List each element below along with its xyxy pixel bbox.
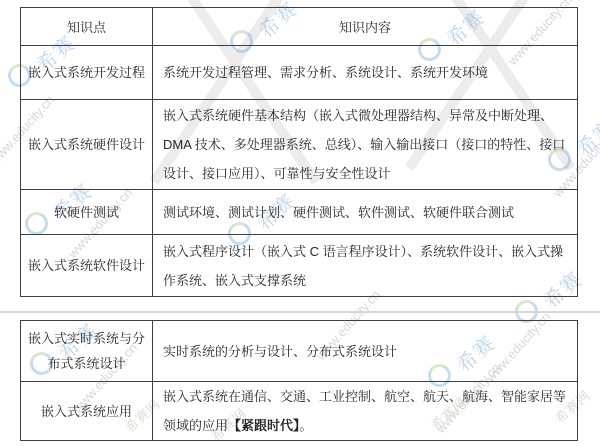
knowledge-point-cell: 嵌入式系统应用 — [21, 382, 153, 441]
highlighted-note: 【紧跟时代】 — [228, 418, 300, 433]
content-text: 。 — [300, 418, 313, 433]
knowledge-table-1: 知识点 知识内容 嵌入式系统开发过程 系统开发过程管理、需求分析、系统设计、系统… — [20, 7, 578, 297]
knowledge-content-cell: 实时系统的分析与设计、分布式系统设计 — [153, 321, 578, 382]
content-layer: 知识点 知识内容 嵌入式系统开发过程 系统开发过程管理、需求分析、系统设计、系统… — [0, 0, 600, 446]
col-header-knowledge-point: 知识点 — [21, 8, 153, 46]
knowledge-point-cell: 软硬件测试 — [21, 190, 153, 235]
table-row: 软硬件测试 测试环境、测试计划、硬件测试、软件测试、软硬件联合测试 — [21, 190, 578, 235]
knowledge-content-cell: 系统开发过程管理、需求分析、系统设计、系统开发环境 — [153, 46, 578, 100]
worksheet-page: 希赛希赛希赛希赛希赛希赛希赛希赛希赛www.educity.cnwww.educ… — [0, 0, 600, 446]
knowledge-content-cell: 测试环境、测试计划、硬件测试、软件测试、软硬件联合测试 — [153, 190, 578, 235]
content-text: 嵌入式系统在通信、交通、工业控制、航空、航天、航海、智能家居等领域的应用 — [163, 389, 566, 433]
knowledge-content-cell: 嵌入式系统硬件基本结构（嵌入式微处理器结构、异常及中断处理、DMA 技术、多处理… — [153, 100, 578, 190]
knowledge-table-2: 嵌入式实时系统与分布式系统设计 实时系统的分析与设计、分布式系统设计 嵌入式系统… — [20, 320, 578, 441]
knowledge-content-cell: 嵌入式系统在通信、交通、工业控制、航空、航天、航海、智能家居等领域的应用【紧跟时… — [153, 382, 578, 441]
knowledge-point-cell: 嵌入式系统开发过程 — [21, 46, 153, 100]
header-row: 知识点 知识内容 — [21, 8, 578, 46]
table-row: 嵌入式系统软件设计 嵌入式程序设计（嵌入式 C 语言程序设计）、系统软件设计、嵌… — [21, 235, 578, 297]
knowledge-content-cell: 嵌入式程序设计（嵌入式 C 语言程序设计）、系统软件设计、嵌入式操作系统、嵌入式… — [153, 235, 578, 297]
knowledge-point-cell: 嵌入式系统软件设计 — [21, 235, 153, 297]
col-header-knowledge-content: 知识内容 — [153, 8, 578, 46]
knowledge-point-cell: 嵌入式实时系统与分布式系统设计 — [21, 321, 153, 382]
table-row: 嵌入式系统开发过程 系统开发过程管理、需求分析、系统设计、系统开发环境 — [21, 46, 578, 100]
table-row: 嵌入式系统硬件设计 嵌入式系统硬件基本结构（嵌入式微处理器结构、异常及中断处理、… — [21, 100, 578, 190]
table-separator-line — [0, 311, 600, 313]
table-row: 嵌入式实时系统与分布式系统设计 实时系统的分析与设计、分布式系统设计 — [21, 321, 578, 382]
knowledge-point-cell: 嵌入式系统硬件设计 — [21, 100, 153, 190]
table-row: 嵌入式系统应用 嵌入式系统在通信、交通、工业控制、航空、航天、航海、智能家居等领… — [21, 382, 578, 441]
